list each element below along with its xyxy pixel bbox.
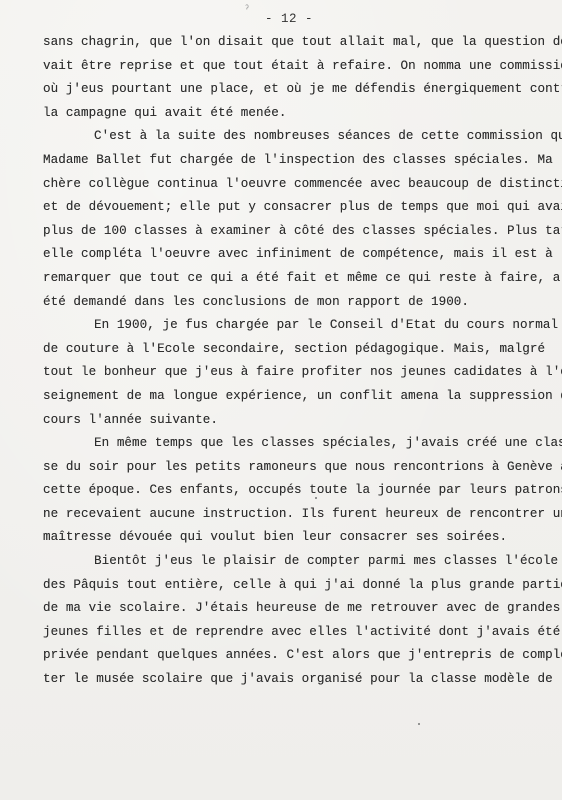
- text-line: C'est à la suite des nombreuses séances …: [43, 125, 562, 149]
- paragraph: En même temps que les classes spéciales,…: [43, 432, 562, 550]
- text-line: été demandé dans les conclusions de mon …: [43, 291, 562, 315]
- text-line: et de dévouement; elle put y consacrer p…: [43, 196, 562, 220]
- ink-speck: [315, 497, 317, 499]
- ink-speck: [418, 723, 420, 725]
- text-line: la campagne qui avait été menée.: [43, 102, 562, 126]
- text-line: Madame Ballet fut chargée de l'inspectio…: [43, 149, 562, 173]
- text-line: seignement de ma longue expérience, un c…: [43, 385, 562, 409]
- text-line: de couture à l'Ecole secondaire, section…: [43, 338, 562, 362]
- text-line: plus de 100 classes à examiner à côté de…: [43, 220, 562, 244]
- text-line: des Pâquis tout entière, celle à qui j'a…: [43, 574, 562, 598]
- paragraph: Bientôt j'eus le plaisir de compter parm…: [43, 550, 562, 692]
- text-line: se du soir pour les petits ramoneurs que…: [43, 456, 562, 480]
- paragraph: C'est à la suite des nombreuses séances …: [43, 125, 562, 314]
- text-line: de ma vie scolaire. J'étais heureuse de …: [43, 597, 562, 621]
- text-line: sans chagrin, que l'on disait que tout a…: [43, 31, 562, 55]
- text-line: En 1900, je fus chargée par le Conseil d…: [43, 314, 562, 338]
- text-line: elle compléta l'oeuvre avec infiniment d…: [43, 243, 562, 267]
- typewritten-page: ˀ - 12 - sans chagrin, que l'on disait q…: [0, 0, 562, 800]
- paragraph: En 1900, je fus chargée par le Conseil d…: [43, 314, 562, 432]
- text-line: remarquer que tout ce qui a été fait et …: [43, 267, 562, 291]
- text-line: vait être reprise et que tout était à re…: [43, 55, 562, 79]
- text-line: où j'eus pourtant une place, et où je me…: [43, 78, 562, 102]
- text-line: ter le musée scolaire que j'avais organi…: [43, 668, 562, 692]
- page-number: - 12 -: [0, 12, 562, 26]
- paragraph: sans chagrin, que l'on disait que tout a…: [43, 31, 562, 125]
- text-line: privée pendant quelques années. C'est al…: [43, 644, 562, 668]
- text-line: jeunes filles et de reprendre avec elles…: [43, 621, 562, 645]
- text-line: En même temps que les classes spéciales,…: [43, 432, 562, 456]
- text-line: chère collègue continua l'oeuvre commenc…: [43, 173, 562, 197]
- text-line: cours l'année suivante.: [43, 409, 562, 433]
- text-line: ne recevaient aucune instruction. Ils fu…: [43, 503, 562, 527]
- text-line: Bientôt j'eus le plaisir de compter parm…: [43, 550, 562, 574]
- body-text: sans chagrin, que l'on disait que tout a…: [43, 31, 562, 692]
- text-line: cette époque. Ces enfants, occupés toute…: [43, 479, 562, 503]
- text-line: maîtresse dévouée qui voulut bien leur c…: [43, 526, 562, 550]
- text-line: tout le bonheur que j'eus à faire profit…: [43, 361, 562, 385]
